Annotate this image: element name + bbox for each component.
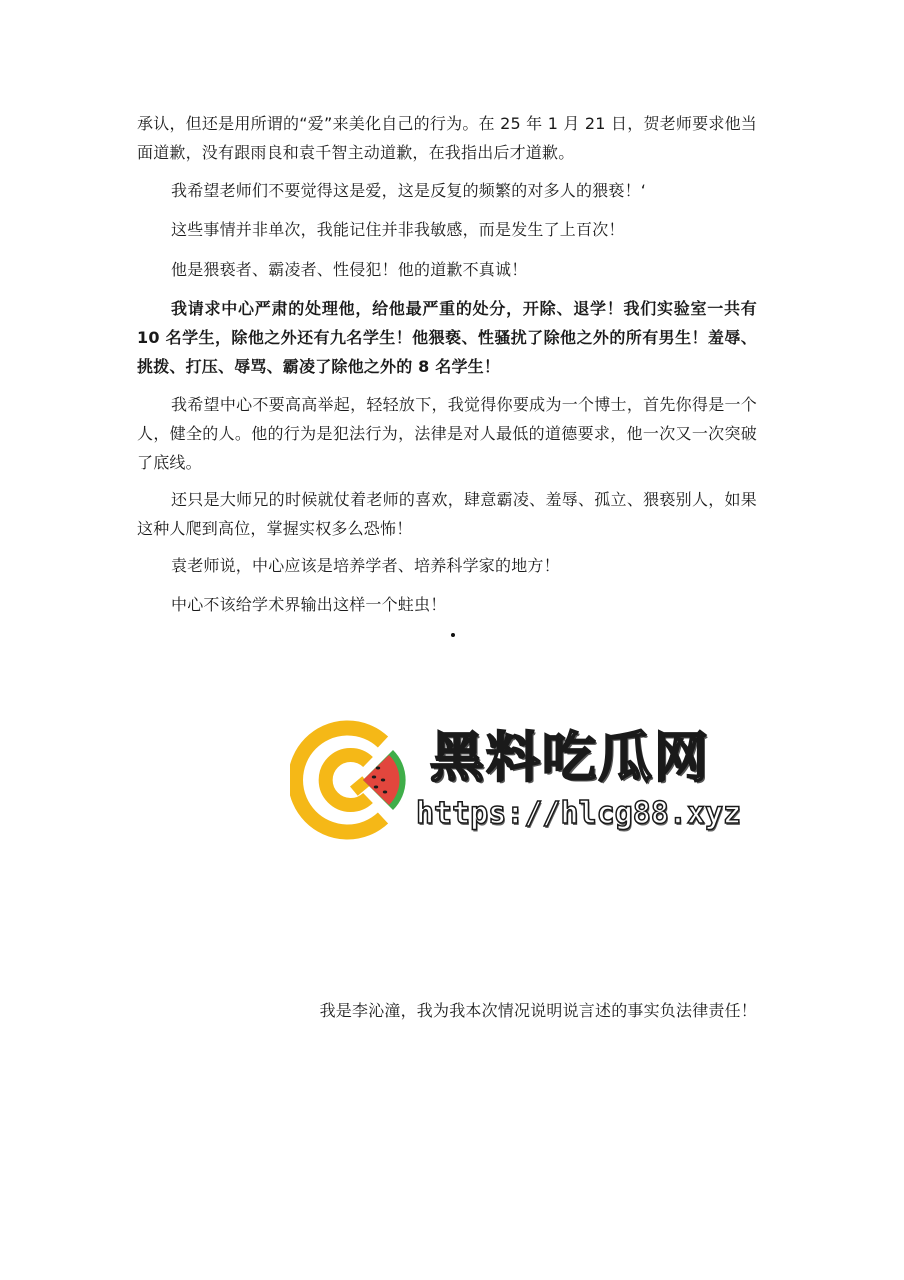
signature-statement: 我是李沁潼，我为我本次情况说明说言述的事实负法律责任！	[320, 996, 757, 1025]
paragraph-6: 我希望中心不要高高举起，轻轻放下，我觉得你要成为一个博士，首先你得是一个人，健全…	[137, 390, 757, 477]
paragraph-4: 他是猥亵者、霸凌者、性侵犯！他的道歉不真诚！	[137, 255, 757, 284]
document-page: 承认，但还是用所谓的“爱”来美化自己的行为。在 25 年 1 月 21 日，贺老…	[0, 0, 904, 1280]
paragraph-1: 承认，但还是用所谓的“爱”来美化自己的行为。在 25 年 1 月 21 日，贺老…	[137, 109, 757, 167]
bullet-dot	[451, 633, 455, 637]
paragraph-3: 这些事情并非单次，我能记住并非我敏感，而是发生了上百次！	[137, 215, 757, 244]
paragraph-2: 我希望老师们不要觉得这是爱，这是反复的频繁的对多人的猥亵！‘	[137, 176, 757, 205]
paragraph-7: 还只是大师兄的时候就仗着老师的喜欢，肆意霸凌、羞辱、孤立、猥亵别人，如果这种人爬…	[137, 485, 757, 543]
watermark-title: 黑料吃瓜网	[430, 728, 710, 788]
paragraph-9: 中心不该给学术界输出这样一个蛀虫！	[137, 590, 757, 619]
watermelon-c-logo-icon	[290, 720, 410, 840]
watermark-url: https://hlcg88.xyz	[416, 796, 741, 832]
watermark-logo: 黑料吃瓜网 https://hlcg88.xyz	[290, 720, 730, 840]
paragraph-5-bold-request: 我请求中心严肃的处理他，给他最严重的处分，开除、退学！我们实验室一共有 10 名…	[137, 294, 757, 381]
paragraph-8: 袁老师说，中心应该是培养学者、培养科学家的地方！	[137, 551, 757, 580]
